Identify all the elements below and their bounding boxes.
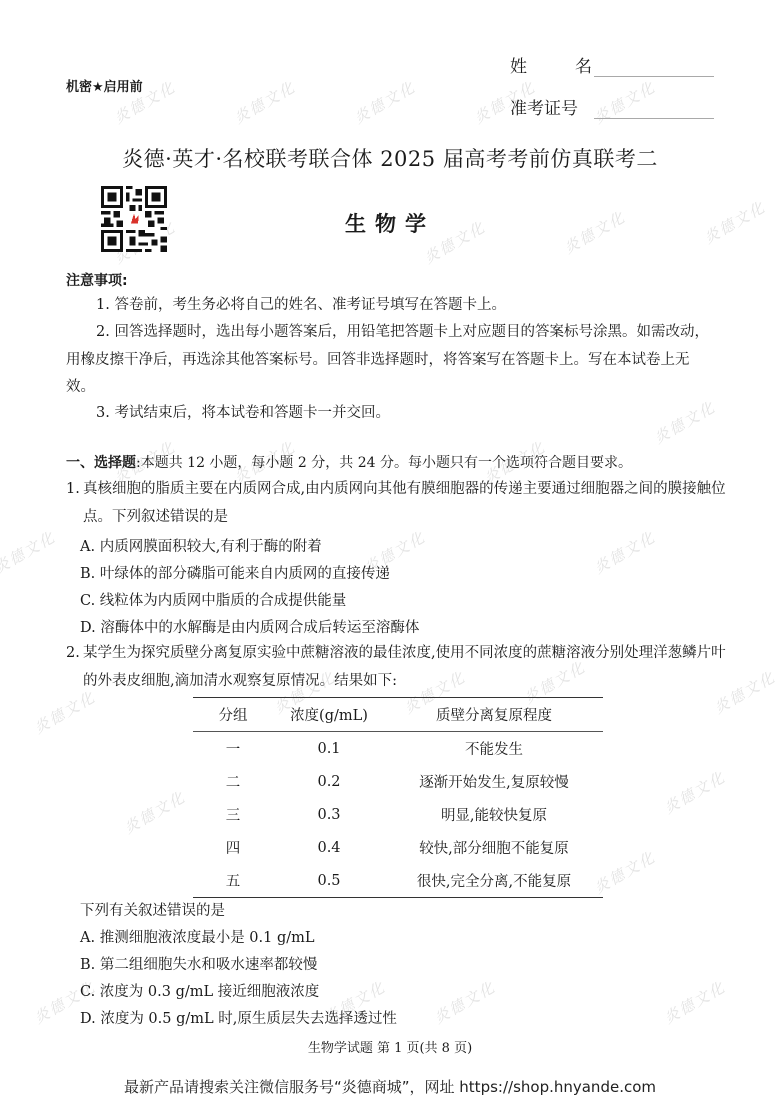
column-header: 浓度(g/mL) [273, 698, 385, 732]
table-cell: 逐渐开始发生,复原较慢 [385, 765, 603, 798]
question-1: 1. 真核细胞的脂质主要在内质网合成,由内质网向其他有膜细胞器的传递主要通过细胞… [66, 475, 726, 531]
exam-title: 炎德·英才·名校联考联合体 2025 届高考考前仿真联考二 [0, 143, 780, 173]
notice-item: 3. 考试结束后，将本试卷和答题卡一并交回。 [66, 400, 718, 428]
option-a: A. 推测细胞液浓度最小是 0.1 g/mL [80, 926, 315, 947]
option-d: D. 溶酶体中的水解酶是由内质网合成后转运至溶酶体 [80, 616, 419, 637]
table-row: 四 0.4 较快,部分细胞不能复原 [193, 831, 603, 864]
table-cell: 一 [193, 732, 273, 766]
exam-page: 炎德文化 炎德文化 炎德文化 炎德文化 炎德文化 炎德文化 炎德文化 炎德文化 … [0, 0, 780, 1104]
name-field: 姓 名 [510, 52, 714, 77]
option-d: D. 浓度为 0.5 g/mL 时,原生质层失去选择透过性 [80, 1007, 397, 1028]
watermark: 炎德文化 [660, 766, 729, 818]
name-label: 姓 名 [510, 52, 592, 77]
table-cell: 四 [193, 831, 273, 864]
watermark: 炎德文化 [120, 786, 189, 838]
option-b: B. 叶绿体的部分磷脂可能来自内质网的直接传递 [80, 562, 390, 583]
column-header: 质壁分离复原程度 [385, 698, 603, 732]
table-row: 一 0.1 不能发生 [193, 732, 603, 766]
table-cell: 较快,部分细胞不能复原 [385, 831, 603, 864]
table-row: 三 0.3 明显,能较快复原 [193, 798, 603, 831]
watermark: 炎德文化 [0, 526, 59, 578]
table-cell: 明显,能较快复原 [385, 798, 603, 831]
name-label-char: 名 [575, 52, 592, 77]
table-cell: 0.5 [273, 864, 385, 898]
watermark: 炎德文化 [660, 976, 729, 1028]
watermark: 炎德文化 [230, 76, 299, 128]
table-cell: 0.3 [273, 798, 385, 831]
confidential-label: 机密★启用前 [66, 76, 143, 95]
notice-item: 1. 答卷前，考生务必将自己的姓名、准考证号填写在答题卡上。 [66, 292, 718, 320]
name-label-char: 姓 [510, 52, 527, 77]
subject-title: 生物学 [0, 208, 780, 238]
table-row: 五 0.5 很快,完全分离,不能复原 [193, 864, 603, 898]
watermark: 炎德文化 [430, 976, 499, 1028]
exam-id-field: 准考证号 [510, 94, 714, 119]
question-stem: 某学生为探究质壁分离复原实验中蔗糖溶液的最佳浓度,使用不同浓度的蔗糖溶液分别处理… [66, 639, 726, 695]
table-cell: 不能发生 [385, 732, 603, 766]
question-2: 2. 某学生为探究质壁分离复原实验中蔗糖溶液的最佳浓度,使用不同浓度的蔗糖溶液分… [66, 639, 726, 695]
table-cell: 0.2 [273, 765, 385, 798]
section-instructions: :本题共 12 小题，每小题 2 分，共 24 分。每小题只有一个选项符合题目要… [136, 455, 632, 471]
table-row: 二 0.2 逐渐开始发生,复原较慢 [193, 765, 603, 798]
table-header-row: 分组 浓度(g/mL) 质壁分离复原程度 [193, 698, 603, 732]
name-input-line[interactable] [594, 56, 714, 77]
watermark: 炎德文化 [590, 526, 659, 578]
option-a: A. 内质网膜面积较大,有利于酶的附着 [80, 535, 322, 556]
question-prompt: 下列有关叙述错误的是 [80, 899, 225, 920]
table-cell: 很快,完全分离,不能复原 [385, 864, 603, 898]
section-heading: 一、选择题:本题共 12 小题，每小题 2 分，共 24 分。每小题只有一个选项… [66, 452, 632, 472]
column-header: 分组 [193, 698, 273, 732]
footer-promo: 最新产品请搜索关注微信服务号“炎德商城”，网址 https://shop.hny… [0, 1076, 780, 1097]
table-cell: 0.1 [273, 732, 385, 766]
notice-heading: 注意事项: [66, 270, 128, 290]
question-number: 1. [66, 475, 80, 503]
question-number: 2. [66, 639, 80, 667]
exam-id-input-line[interactable] [594, 98, 714, 119]
exam-id-label: 准考证号 [510, 94, 592, 119]
option-c: C. 线粒体为内质网中脂质的合成提供能量 [80, 589, 346, 610]
option-b: B. 第二组细胞失水和吸水速率都较慢 [80, 953, 317, 974]
results-table: 分组 浓度(g/mL) 质壁分离复原程度 一 0.1 不能发生 二 0.2 逐渐… [193, 697, 603, 898]
table-cell: 二 [193, 765, 273, 798]
section-title: 一、选择题 [66, 455, 136, 471]
option-c: C. 浓度为 0.3 g/mL 接近细胞液浓度 [80, 980, 319, 1001]
question-stem: 真核细胞的脂质主要在内质网合成,由内质网向其他有膜细胞器的传递主要通过细胞器之间… [66, 475, 726, 531]
table-cell: 0.4 [273, 831, 385, 864]
watermark: 炎德文化 [350, 76, 419, 128]
page-number: 生物学试题 第 1 页(共 8 页) [0, 1037, 780, 1056]
table-cell: 三 [193, 798, 273, 831]
table-cell: 五 [193, 864, 273, 898]
notice-item: 2. 回答选择题时，选出每小题答案后，用铅笔把答题卡上对应题目的答案标号涂黑。如… [66, 319, 718, 402]
